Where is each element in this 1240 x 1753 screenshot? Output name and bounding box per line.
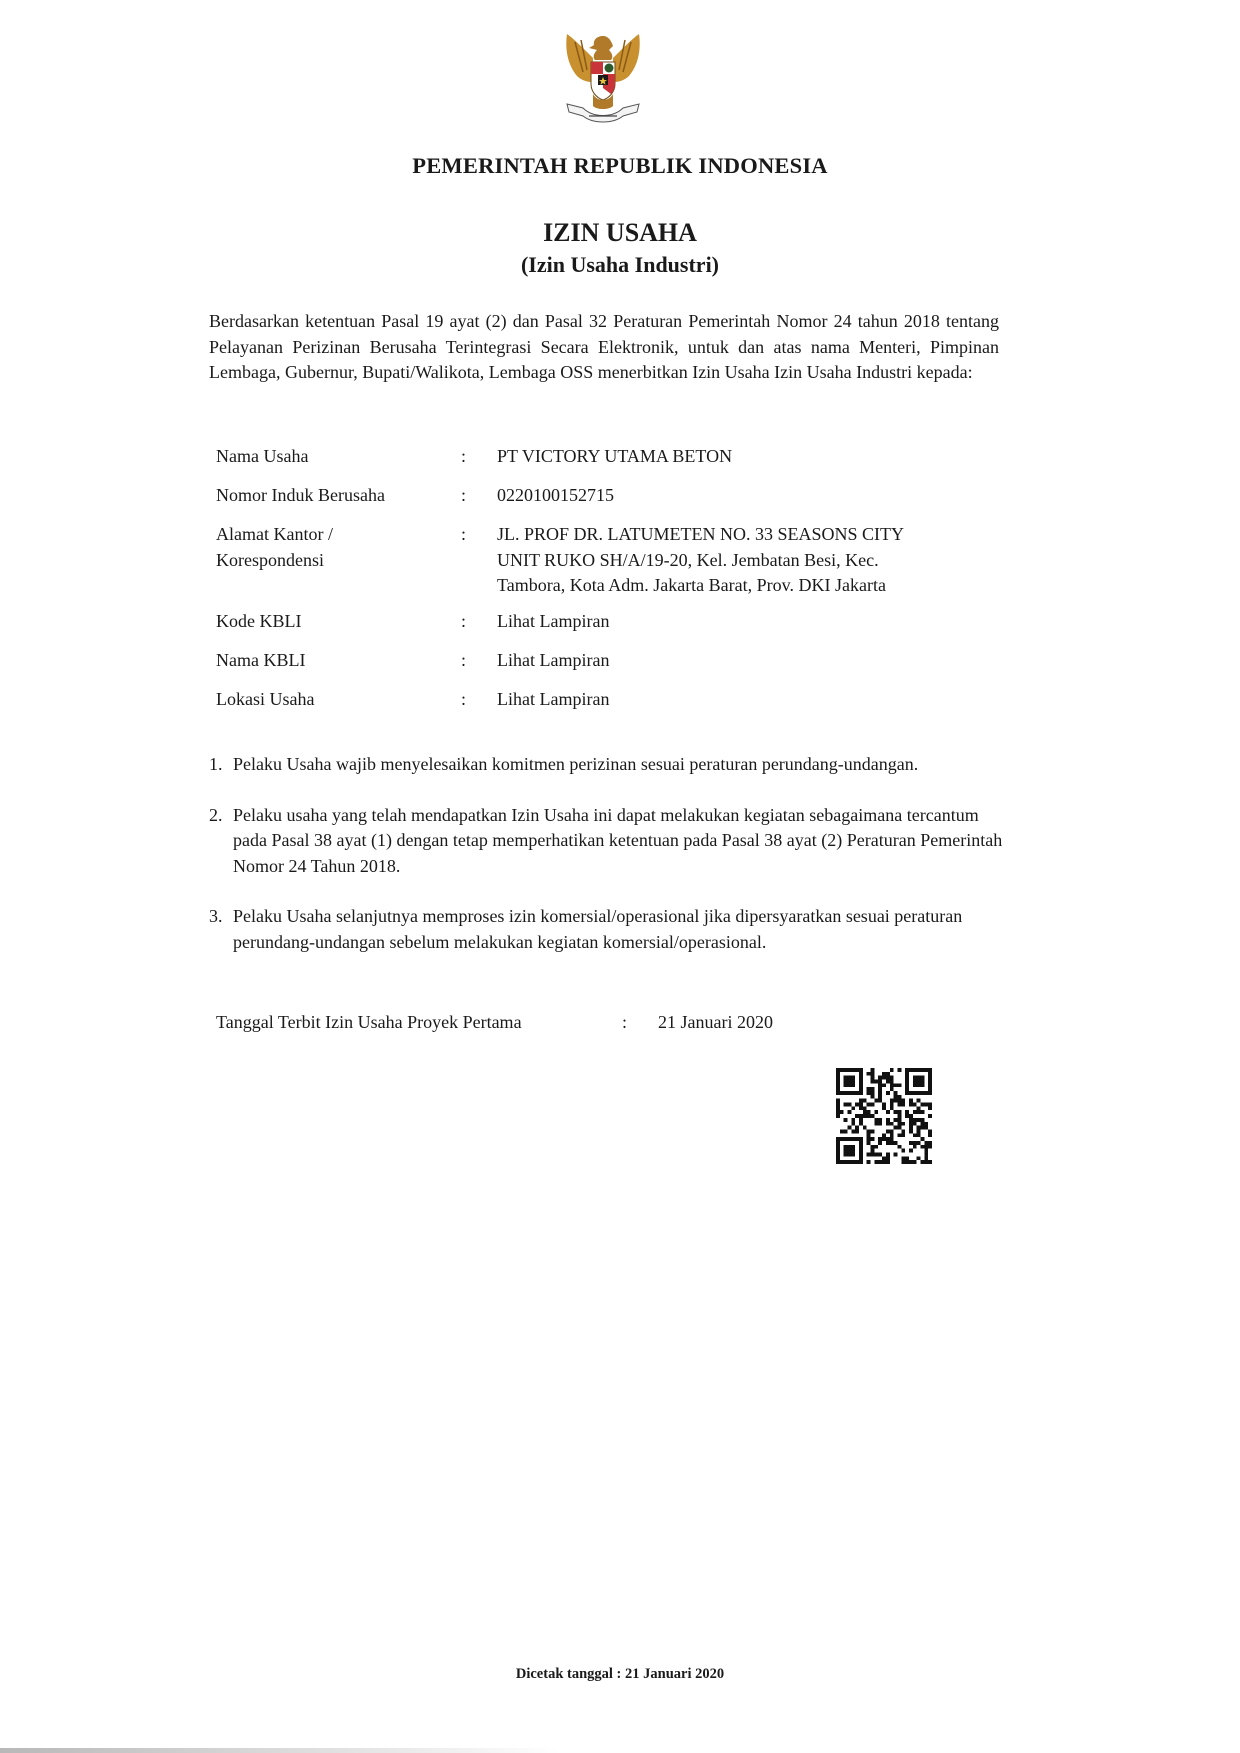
qr-code-icon[interactable]: [836, 1068, 932, 1164]
field-label: Kode KBLI: [216, 609, 461, 635]
field-label: Nomor Induk Berusaha: [216, 483, 461, 509]
field-value: Lihat Lampiran: [497, 609, 1017, 635]
business-details: Nama Usaha : PT VICTORY UTAMA BETON Nomo…: [216, 444, 1017, 726]
document-subtitle: (Izin Usaha Industri): [0, 252, 1240, 278]
field-value: JL. PROF DR. LATUMETEN NO. 33 SEASONS CI…: [497, 522, 1017, 599]
field-value: Lihat Lampiran: [497, 687, 1017, 713]
note-text: Pelaku Usaha wajib menyelesaikan komitme…: [233, 752, 1009, 778]
field-row-lokasi-usaha: Lokasi Usaha : Lihat Lampiran: [216, 687, 1017, 713]
document-title: IZIN USAHA: [0, 218, 1240, 248]
field-separator: :: [461, 522, 497, 599]
field-value: 0220100152715: [497, 483, 1017, 509]
issue-date-separator: :: [622, 1012, 658, 1033]
field-label: Alamat Kantor / Korespondensi: [216, 522, 461, 599]
field-row-nomor-induk: Nomor Induk Berusaha : 0220100152715: [216, 483, 1017, 509]
field-separator: :: [461, 444, 497, 470]
issue-date-value: 21 Januari 2020: [658, 1012, 773, 1033]
field-value: PT VICTORY UTAMA BETON: [497, 444, 1017, 470]
government-title: PEMERINTAH REPUBLIK INDONESIA: [0, 153, 1240, 179]
issue-date-row: Tanggal Terbit Izin Usaha Proyek Pertama…: [216, 1012, 773, 1033]
note-text: Pelaku Usaha selanjutnya memproses izin …: [233, 904, 1009, 955]
garuda-emblem-icon: [553, 28, 653, 128]
field-label: Lokasi Usaha: [216, 687, 461, 713]
note-number: 1.: [209, 752, 233, 778]
field-separator: :: [461, 687, 497, 713]
intro-paragraph: Berdasarkan ketentuan Pasal 19 ayat (2) …: [209, 309, 999, 386]
field-label: Nama Usaha: [216, 444, 461, 470]
note-text: Pelaku usaha yang telah mendapatkan Izin…: [233, 803, 1009, 880]
note-item: 1. Pelaku Usaha wajib menyelesaikan komi…: [209, 752, 1009, 778]
notes-list: 1. Pelaku Usaha wajib menyelesaikan komi…: [209, 752, 1009, 980]
printed-date: Dicetak tanggal : 21 Januari 2020: [0, 1666, 1240, 1683]
note-number: 2.: [209, 803, 233, 880]
field-row-alamat: Alamat Kantor / Korespondensi : JL. PROF…: [216, 522, 1017, 599]
note-item: 3. Pelaku Usaha selanjutnya memproses iz…: [209, 904, 1009, 955]
field-row-nama-usaha: Nama Usaha : PT VICTORY UTAMA BETON: [216, 444, 1017, 470]
field-row-nama-kbli: Nama KBLI : Lihat Lampiran: [216, 648, 1017, 674]
note-item: 2. Pelaku usaha yang telah mendapatkan I…: [209, 803, 1009, 880]
issue-date-label: Tanggal Terbit Izin Usaha Proyek Pertama: [216, 1012, 622, 1033]
field-row-kode-kbli: Kode KBLI : Lihat Lampiran: [216, 609, 1017, 635]
field-label: Nama KBLI: [216, 648, 461, 674]
field-separator: :: [461, 483, 497, 509]
note-number: 3.: [209, 904, 233, 955]
field-separator: :: [461, 609, 497, 635]
field-value: Lihat Lampiran: [497, 648, 1017, 674]
field-separator: :: [461, 648, 497, 674]
scan-edge-shadow: [0, 1748, 560, 1753]
